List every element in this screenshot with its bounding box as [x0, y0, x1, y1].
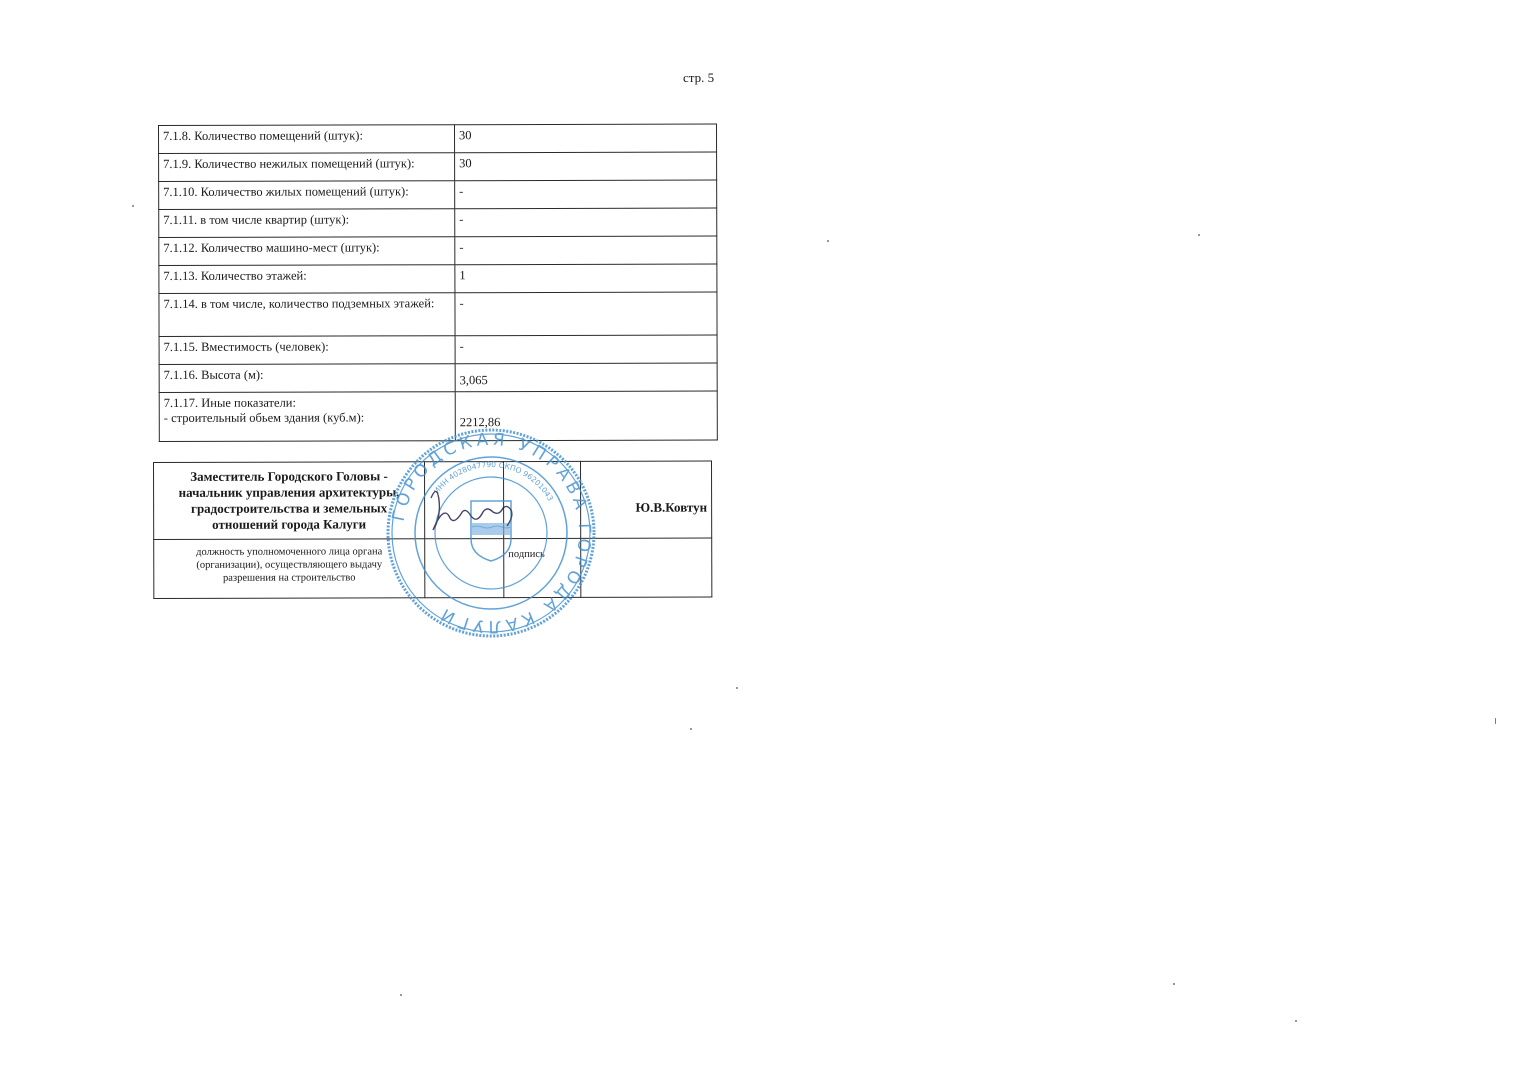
table-row: 7.1.9. Количество нежилых помещений (шту…: [159, 152, 717, 181]
signature-cell: [425, 462, 504, 539]
param-label: 7.1.10. Количество жилых помещений (штук…: [159, 181, 455, 210]
param-value: -: [455, 180, 717, 209]
scan-speck: [400, 994, 402, 996]
param-label-line: - строительный обьем здания (куб.м):: [164, 410, 451, 426]
table-row: 7.1.15. Вместимость (человек): -: [159, 335, 717, 364]
position-line: Заместитель Городского Головы -: [158, 468, 420, 485]
param-value: 2212,86: [455, 391, 717, 441]
position-caption: должность уполномоченного лица органа (о…: [154, 539, 425, 599]
scan-speck: [1495, 718, 1496, 724]
table-row: 7.1.8. Количество помещений (штук): 30: [159, 124, 717, 153]
page-number: стр. 5: [683, 70, 714, 86]
table-row: 7.1.14. в том числе, количество подземны…: [159, 292, 717, 336]
scan-speck: [1295, 1020, 1297, 1022]
position-line: начальник управления архитектуры,: [158, 484, 420, 501]
param-label: 7.1.12. Количество машино-мест (штук):: [159, 237, 455, 266]
name-caption-cell: [581, 538, 712, 597]
scan-speck: [1198, 234, 1200, 236]
param-value: -: [455, 208, 717, 237]
scan-speck: [736, 687, 738, 689]
param-label: 7.1.13. Количество этажей:: [159, 265, 455, 294]
param-label-line: 7.1.17. Иные показатели:: [164, 395, 451, 411]
scan-speck: [827, 240, 829, 242]
signature-caption-cell: [425, 539, 504, 598]
table-row: 7.1.16. Высота (м): 3,065: [159, 363, 717, 392]
param-label: 7.1.14. в том числе, количество подземны…: [159, 293, 455, 337]
scan-speck: [1173, 983, 1175, 985]
table-row: 7.1.10. Количество жилых помещений (штук…: [159, 180, 717, 209]
param-value: 30: [455, 124, 717, 153]
caption-line: разрешения на строительство: [158, 571, 420, 585]
param-value: 30: [455, 152, 717, 181]
position-line: отношений города Калуги: [158, 516, 420, 533]
signature-cell-2: [504, 461, 581, 538]
param-label: 7.1.17. Иные показатели: - строительный …: [159, 392, 455, 442]
scan-speck: [690, 728, 692, 730]
param-value: -: [455, 335, 717, 364]
param-value: -: [455, 236, 717, 265]
param-value: -: [455, 292, 717, 336]
signature-table: Заместитель Городского Головы - начальни…: [153, 461, 712, 599]
caption-line: (организации), осуществляющего выдачу: [158, 558, 420, 572]
caption-row: должность уполномоченного лица органа (о…: [154, 538, 712, 598]
table-row: 7.1.17. Иные показатели: - строительный …: [159, 391, 717, 441]
official-position: Заместитель Городского Головы - начальни…: [154, 462, 425, 540]
param-value: 1: [455, 264, 717, 293]
caption-line: должность уполномоченного лица органа: [158, 545, 420, 559]
signer-name: Ю.В.Ковтун: [580, 461, 711, 538]
table-row: 7.1.12. Количество машино-мест (штук): -: [159, 236, 717, 265]
position-line: градостроительства и земельных: [158, 500, 420, 517]
scan-speck: [132, 205, 134, 207]
param-label: 7.1.16. Высота (м):: [159, 364, 455, 393]
signature-row: Заместитель Городского Головы - начальни…: [154, 461, 712, 539]
param-label: 7.1.15. Вместимость (человек):: [159, 336, 455, 365]
param-label: 7.1.9. Количество нежилых помещений (шту…: [159, 153, 455, 182]
param-value: 3,065: [455, 363, 717, 392]
building-parameters-table: 7.1.8. Количество помещений (штук): 30 7…: [158, 124, 718, 442]
table-row: 7.1.11. в том числе квартир (штук): -: [159, 208, 717, 237]
table-row: 7.1.13. Количество этажей: 1: [159, 264, 717, 293]
param-label: 7.1.11. в том числе квартир (штук):: [159, 209, 455, 238]
param-label: 7.1.8. Количество помещений (штук):: [159, 125, 455, 154]
signature-caption: подпись: [504, 538, 581, 597]
